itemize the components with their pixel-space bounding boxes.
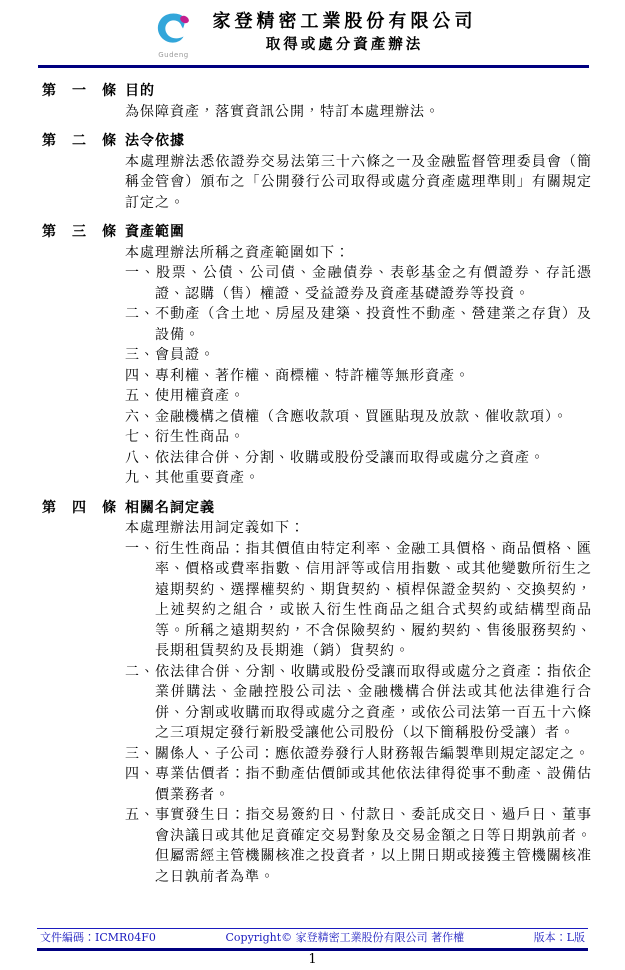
footer-row: 文件編碼：ICMR04F0 Copyright© 家登精密工業股份有限公司 著作… bbox=[0, 929, 625, 948]
numbered-list-item: 五、事實發生日：指交易簽約日、付款日、委託成交日、過戶日、董事會決議日或其他足資… bbox=[125, 805, 592, 887]
numbered-list-item: 四、專業估價者：指不動產估價師或其他依法律得從事不動產、設備估價業務者。 bbox=[125, 764, 592, 805]
article-section: 第 三 條 資產範圍 本處理辦法所稱之資產範圍如下：一、股票、公債、公司債、金融… bbox=[42, 222, 592, 489]
numbered-list-item: 三、關係人、子公司：應依證券發行人財務報告編製準則規定認定之。 bbox=[125, 744, 592, 765]
article-title: 法令依據 bbox=[125, 131, 592, 152]
list-item-number: 三、 bbox=[125, 746, 155, 762]
list-item-number: 七、 bbox=[125, 429, 155, 445]
list-item-number: 二、 bbox=[125, 664, 155, 680]
article-section: 第 一 條 目的 為保障資產，落實資訊公開，特訂本處理辦法。 bbox=[42, 81, 592, 122]
company-name: 家登精密工業股份有限公司 bbox=[213, 11, 477, 33]
list-item-number: 六、 bbox=[125, 409, 155, 425]
article-paragraph: 本處理辦法用詞定義如下： bbox=[125, 518, 592, 539]
article-number: 第 三 條 bbox=[42, 222, 125, 489]
article-section: 第 四 條 相關名詞定義 本處理辦法用詞定義如下：一、衍生性商品：指其價值由特定… bbox=[42, 498, 592, 888]
footer-doc-code: 文件編碼：ICMR04F0 bbox=[40, 931, 156, 945]
footer-copyright: Copyright© 家登精密工業股份有限公司 著作權 bbox=[156, 931, 534, 945]
list-item-number: 九、 bbox=[125, 470, 155, 486]
article-number: 第 四 條 bbox=[42, 498, 125, 888]
list-item-number: 一、 bbox=[125, 265, 156, 281]
article-title: 資產範圍 bbox=[125, 222, 592, 243]
footer-version: 版本：L版 bbox=[534, 931, 585, 945]
numbered-list-item: 五、使用權資產。 bbox=[125, 386, 592, 407]
article-section: 第 二 條 法令依據 本處理辦法悉依證券交易法第三十六條之一及金融監督管理委員會… bbox=[42, 131, 592, 213]
list-item-number: 五、 bbox=[125, 388, 155, 404]
document-title: 取得或處分資產辦法 bbox=[213, 35, 477, 54]
page-number: 1 bbox=[0, 951, 625, 970]
list-item-number: 二、 bbox=[125, 306, 155, 322]
article-body: 目的 為保障資產，落實資訊公開，特訂本處理辦法。 bbox=[125, 81, 592, 122]
document-header: Gudeng 家登精密工業股份有限公司 取得或處分資產辦法 bbox=[0, 0, 625, 59]
list-item-number: 三、 bbox=[125, 347, 155, 363]
gudeng-logo-icon bbox=[154, 12, 194, 46]
article-title: 相關名詞定義 bbox=[125, 498, 592, 519]
article-body: 相關名詞定義 本處理辦法用詞定義如下：一、衍生性商品：指其價值由特定利率、金融工… bbox=[125, 498, 592, 888]
numbered-list-item: 九、其他重要資產。 bbox=[125, 468, 592, 489]
article-body: 法令依據 本處理辦法悉依證券交易法第三十六條之一及金融監督管理委員會（簡稱金管會… bbox=[125, 131, 592, 213]
article-number: 第 一 條 bbox=[42, 81, 125, 122]
article-paragraph: 本處理辦法悉依證券交易法第三十六條之一及金融監督管理委員會（簡稱金管會）頒布之「… bbox=[125, 152, 592, 214]
list-item-number: 四、 bbox=[125, 766, 155, 782]
header-titles: 家登精密工業股份有限公司 取得或處分資產辦法 bbox=[213, 11, 477, 54]
logo-caption: Gudeng bbox=[149, 51, 199, 59]
numbered-list-item: 三、會員證。 bbox=[125, 345, 592, 366]
list-item-number: 一、 bbox=[125, 541, 155, 557]
article-body: 資產範圍 本處理辦法所稱之資產範圍如下：一、股票、公債、公司債、金融債券、表彰基… bbox=[125, 222, 592, 489]
document-footer: 文件編碼：ICMR04F0 Copyright© 家登精密工業股份有限公司 著作… bbox=[0, 928, 625, 970]
numbered-list-item: 七、衍生性商品。 bbox=[125, 427, 592, 448]
list-item-number: 八、 bbox=[125, 450, 155, 466]
numbered-list-item: 四、專利權、著作權、商標權、特許權等無形資產。 bbox=[125, 366, 592, 387]
numbered-list-item: 二、依法律合併、分割、收購或股份受讓而取得或處分之資產：指依企業併購法、金融控股… bbox=[125, 662, 592, 744]
list-item-number: 五、 bbox=[125, 807, 155, 823]
numbered-list-item: 一、股票、公債、公司債、金融債券、表彰基金之有價證券、存託憑證、認購（售）權證、… bbox=[125, 263, 592, 304]
document-page: Gudeng 家登精密工業股份有限公司 取得或處分資產辦法 第 一 條 目的 為… bbox=[0, 0, 625, 970]
article-number: 第 二 條 bbox=[42, 131, 125, 213]
article-title: 目的 bbox=[125, 81, 592, 102]
numbered-list-item: 八、依法律合併、分割、收購或股份受讓而取得或處分之資產。 bbox=[125, 448, 592, 469]
numbered-list-item: 二、不動產（含土地、房屋及建築、投資性不動產、營建業之存貨）及設備。 bbox=[125, 304, 592, 345]
list-item-number: 四、 bbox=[125, 368, 155, 384]
document-body: 第 一 條 目的 為保障資產，落實資訊公開，特訂本處理辦法。 第 二 條 法令依… bbox=[0, 68, 625, 887]
article-paragraph: 為保障資產，落實資訊公開，特訂本處理辦法。 bbox=[125, 102, 592, 123]
numbered-list-item: 六、金融機構之債權（含應收款項、買匯貼現及放款、催收款項）。 bbox=[125, 407, 592, 428]
numbered-list-item: 一、衍生性商品：指其價值由特定利率、金融工具價格、商品價格、匯率、價格或費率指數… bbox=[125, 539, 592, 662]
article-paragraph: 本處理辦法所稱之資產範圍如下： bbox=[125, 243, 592, 264]
company-logo: Gudeng bbox=[149, 12, 199, 59]
